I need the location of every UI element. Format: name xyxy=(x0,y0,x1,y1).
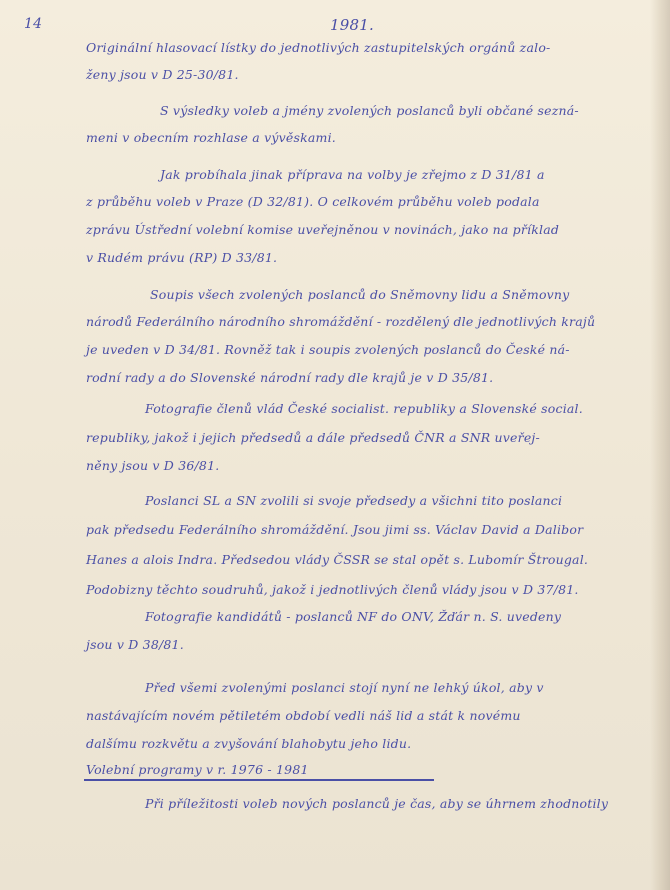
text-line: Před všemi zvolenými poslanci stojí nyní… xyxy=(145,680,544,695)
text-line: je uveden v D 34/81. Rovněž tak i soupis… xyxy=(86,342,570,357)
text-line: něny jsou v D 36/81. xyxy=(86,458,219,473)
text-line: Podobizny těchto soudruhů, jakož i jedno… xyxy=(86,582,579,597)
text-line: pak předsedu Federálního shromáždění. Js… xyxy=(86,522,583,537)
text-line: Hanes a alois Indra. Předsedou vlády ČSS… xyxy=(86,552,588,567)
text-line: v Rudém právu (RP) D 33/81. xyxy=(86,250,277,265)
text-line: S výsledky voleb a jmény zvolených posla… xyxy=(160,103,579,118)
text-line: Při příležitosti voleb nových poslanců j… xyxy=(145,796,608,811)
text-line: Poslanci SL a SN zvolili si svoje předse… xyxy=(145,493,562,508)
text-line: Fotografie kandidátů - poslanců NF do ON… xyxy=(145,609,561,624)
text-line: nastávajícím novém pětiletém období vedl… xyxy=(86,708,521,723)
heading-underline xyxy=(84,779,434,781)
text-line: Soupis všech zvolených poslanců do Sněmo… xyxy=(150,287,569,302)
text-line: národů Federálního národního shromáždění… xyxy=(86,314,595,329)
text-line: ženy jsou v D 25-30/81. xyxy=(86,67,239,82)
text-line: Jak probíhala jinak příprava na volby je… xyxy=(160,167,545,182)
text-line: Fotografie členů vlád České socialist. r… xyxy=(145,401,583,416)
page-number: 14 xyxy=(24,16,42,32)
section-heading: Volební programy v r. 1976 - 1981 xyxy=(86,762,309,777)
text-line: zprávu Ústřední volební komise uveřejněn… xyxy=(86,222,559,237)
text-line: dalšímu rozkvětu a zvyšování blahobytu j… xyxy=(86,736,411,751)
text-line: meni v obecním rozhlase a vývěskami. xyxy=(86,130,336,145)
text-line: Originální hlasovací lístky do jednotliv… xyxy=(86,40,550,55)
text-line: rodní rady a do Slovenské národní rady d… xyxy=(86,370,493,385)
year-heading: 1981. xyxy=(330,16,374,34)
scanned-chronicle-page: 14 1981. Originální hlasovací lístky do … xyxy=(0,0,670,890)
text-line: republiky, jakož i jejich předsedů a dál… xyxy=(86,430,540,445)
text-line: z průběhu voleb v Praze (D 32/81). O cel… xyxy=(86,194,540,209)
text-line: jsou v D 38/81. xyxy=(86,637,184,652)
